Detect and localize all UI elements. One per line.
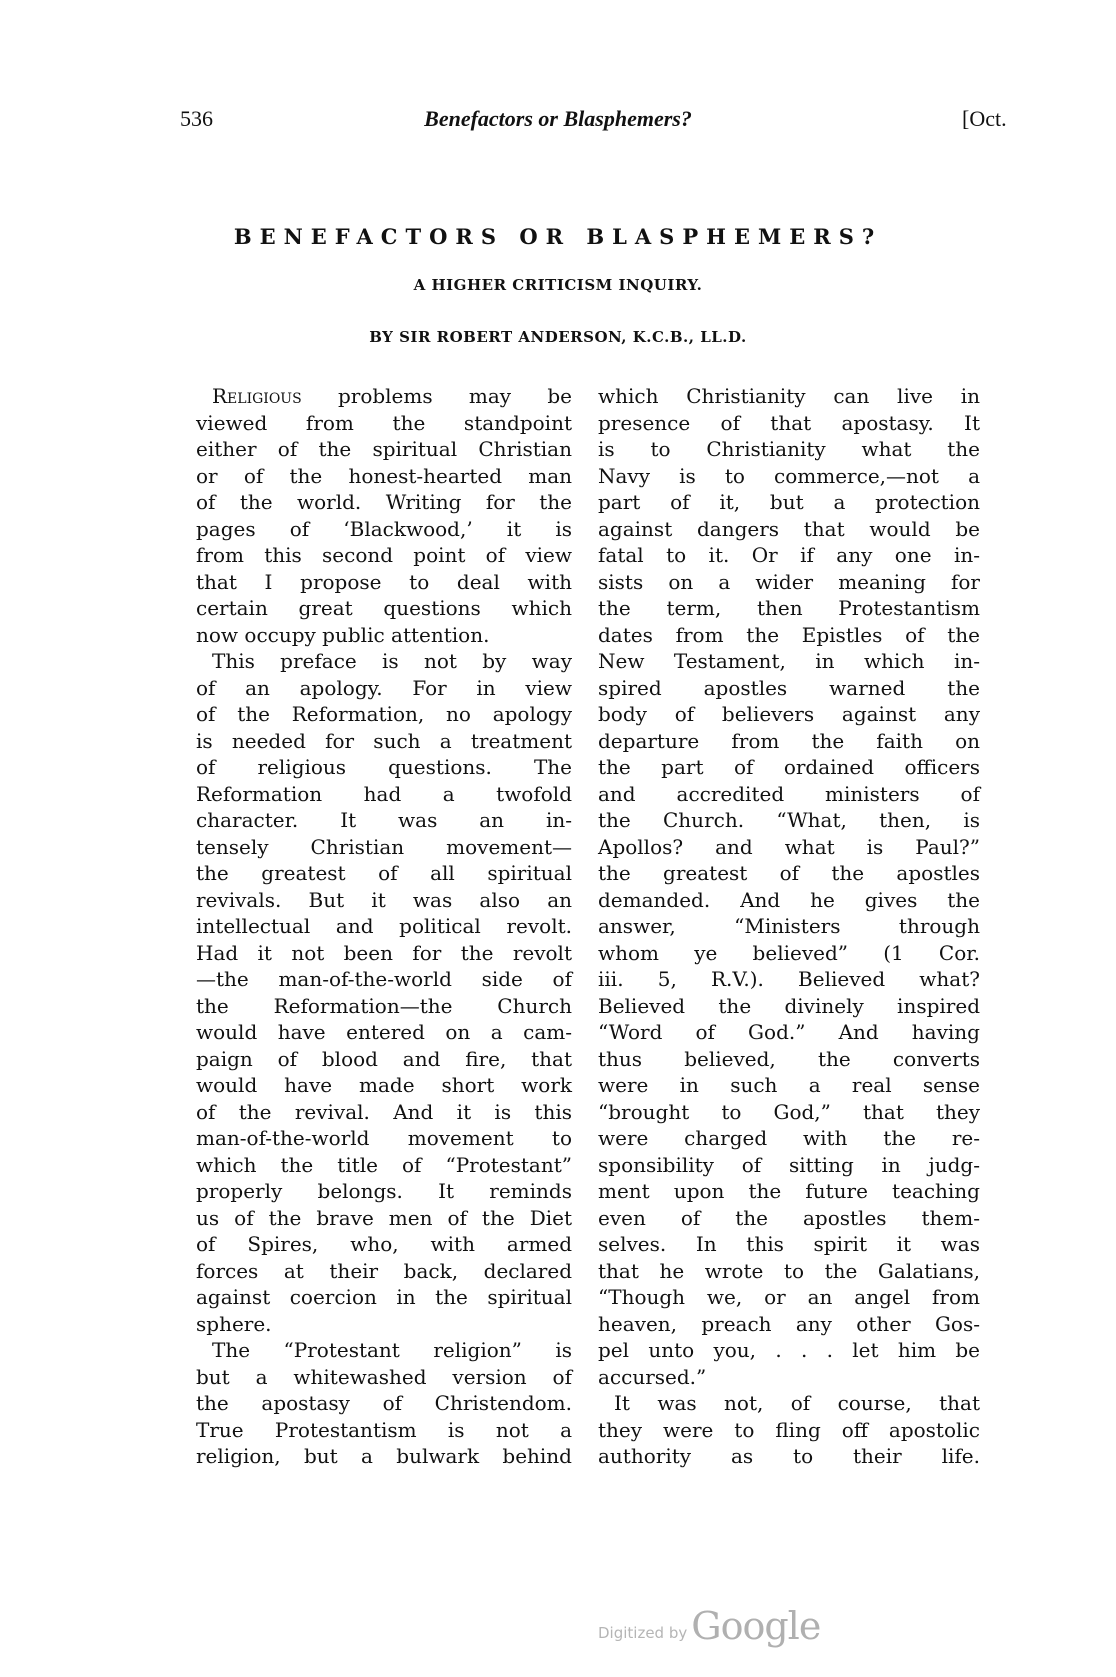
text-line: True Protestantism is not a bbox=[196, 1417, 572, 1444]
text-line: of religious questions. The bbox=[196, 754, 572, 781]
text-line: thus believed, the converts bbox=[598, 1046, 980, 1073]
drop-word: Religious bbox=[212, 384, 302, 408]
google-logo: Google bbox=[691, 1607, 820, 1645]
text-line: intellectual and political revolt. bbox=[196, 913, 572, 940]
text-line: of the Reformation, no apology bbox=[196, 701, 572, 728]
text-line: Believed the divinely inspired bbox=[598, 993, 980, 1020]
text-line: that he wrote to the Galatians, bbox=[598, 1258, 980, 1285]
text-line: the part of ordained officers bbox=[598, 754, 980, 781]
text-line: “Word of God.” And having bbox=[598, 1019, 980, 1046]
text-line: which the title of “Protestant” bbox=[196, 1152, 572, 1179]
text-line: Reformation had a twofold bbox=[196, 781, 572, 808]
text-line: sists on a wider meaning for bbox=[598, 569, 980, 596]
text-line: heaven, preach any other Gos- bbox=[598, 1311, 980, 1338]
text-line: but a whitewashed version of bbox=[196, 1364, 572, 1391]
text-line: tensely Christian movement— bbox=[196, 834, 572, 861]
text-line: of an apology. For in view bbox=[196, 675, 572, 702]
text-line: the term, then Protestantism bbox=[598, 595, 980, 622]
text-line: the Reformation—the Church bbox=[196, 993, 572, 1020]
text-line: iii. 5, R.V.). Believed what? bbox=[598, 966, 980, 993]
text-line: Navy is to commerce,—not a bbox=[598, 463, 980, 490]
left-column: Religious problems may be viewed from th… bbox=[196, 383, 572, 1470]
text-line: Apollos? and what is Paul?” bbox=[598, 834, 980, 861]
text-line: that I propose to deal with bbox=[196, 569, 572, 596]
text-line: paign of blood and fire, that bbox=[196, 1046, 572, 1073]
text-line: which Christianity can live in bbox=[598, 383, 980, 410]
text-line: of the world. Writing for the bbox=[196, 489, 572, 516]
text-line: whom ye believed” (1 Cor. bbox=[598, 940, 980, 967]
text-line: sponsibility of sitting in judg- bbox=[598, 1152, 980, 1179]
running-title: Benefactors or Blasphemers? bbox=[0, 106, 1116, 132]
text-line: were in such a real sense bbox=[598, 1072, 980, 1099]
text-line: is to Christianity what the bbox=[598, 436, 980, 463]
text-line: even of the apostles them- bbox=[598, 1205, 980, 1232]
text-line: It was not, of course, that bbox=[598, 1390, 980, 1417]
text-line: The “Protestant religion” is bbox=[196, 1337, 572, 1364]
text-line: pel unto you, . . . let him be bbox=[598, 1337, 980, 1364]
text-line: fatal to it. Or if any one in- bbox=[598, 542, 980, 569]
text-line: properly belongs. It reminds bbox=[196, 1178, 572, 1205]
text-line: the greatest of all spiritual bbox=[196, 860, 572, 887]
digitized-watermark: Digitized by Google bbox=[598, 1605, 820, 1645]
text-line: is needed for such a treatment bbox=[196, 728, 572, 755]
text-line: New Testament, in which in- bbox=[598, 648, 980, 675]
text-line: against dangers that would be bbox=[598, 516, 980, 543]
right-column: which Christianity can live in presence … bbox=[598, 383, 980, 1470]
text-line: religion, but a bulwark behind bbox=[196, 1443, 572, 1470]
digitized-by-label: Digitized by bbox=[598, 1624, 687, 1642]
text-line: pages of ‘Blackwood,’ it is bbox=[196, 516, 572, 543]
text-line: would have entered on a cam- bbox=[196, 1019, 572, 1046]
text-line: Had it not been for the revolt bbox=[196, 940, 572, 967]
text-line: man-of-the-world movement to bbox=[196, 1125, 572, 1152]
text-line: presence of that apostasy. It bbox=[598, 410, 980, 437]
text-line: revivals. But it was also an bbox=[196, 887, 572, 914]
text-line: the Church. “What, then, is bbox=[598, 807, 980, 834]
text-line: and accredited ministers of bbox=[598, 781, 980, 808]
text-line: “brought to God,” that they bbox=[598, 1099, 980, 1126]
text-line: from this second point of view bbox=[196, 542, 572, 569]
running-head: 536 Benefactors or Blasphemers? [Oct. bbox=[0, 106, 1116, 136]
text-line: ment upon the future teaching bbox=[598, 1178, 980, 1205]
text-line: authority as to their life. bbox=[598, 1443, 980, 1470]
text-line: character. It was an in- bbox=[196, 807, 572, 834]
text-line: now occupy public attention. bbox=[196, 622, 572, 649]
byline: BY SIR ROBERT ANDERSON, K.C.B., LL.D. bbox=[0, 328, 1116, 346]
text-line: either of the spiritual Christian bbox=[196, 436, 572, 463]
text-line: demanded. And he gives the bbox=[598, 887, 980, 914]
text-line: the greatest of the apostles bbox=[598, 860, 980, 887]
text-line: would have made short work bbox=[196, 1072, 572, 1099]
text-line: they were to fling off apostolic bbox=[598, 1417, 980, 1444]
text-line: viewed from the standpoint bbox=[196, 410, 572, 437]
text-line: of the revival. And it is this bbox=[196, 1099, 572, 1126]
text-line: Religious problems may be bbox=[196, 383, 572, 410]
text-line: answer, “Ministers through bbox=[598, 913, 980, 940]
text-line: certain great questions which bbox=[196, 595, 572, 622]
text-line: were charged with the re- bbox=[598, 1125, 980, 1152]
running-date: [Oct. bbox=[962, 106, 1007, 132]
text-line: part of it, but a protection bbox=[598, 489, 980, 516]
text-line: selves. In this spirit it was bbox=[598, 1231, 980, 1258]
text-line: accursed.” bbox=[598, 1364, 980, 1391]
text-line: body of believers against any bbox=[598, 701, 980, 728]
text-line: sphere. bbox=[196, 1311, 572, 1338]
text-line: or of the honest-hearted man bbox=[196, 463, 572, 490]
text-line: the apostasy of Christendom. bbox=[196, 1390, 572, 1417]
text-line: us of the brave men of the Diet bbox=[196, 1205, 572, 1232]
text-line: of Spires, who, with armed bbox=[196, 1231, 572, 1258]
text-line: spired apostles warned the bbox=[598, 675, 980, 702]
text-line: forces at their back, declared bbox=[196, 1258, 572, 1285]
text-line: dates from the Epistles of the bbox=[598, 622, 980, 649]
article-title: BENEFACTORS OR BLASPHEMERS? bbox=[0, 224, 1116, 249]
text-line: departure from the faith on bbox=[598, 728, 980, 755]
text-line: This preface is not by way bbox=[196, 648, 572, 675]
text-line: —the man-of-the-world side of bbox=[196, 966, 572, 993]
text-line: “Though we, or an angel from bbox=[598, 1284, 980, 1311]
article-subtitle: A HIGHER CRITICISM INQUIRY. bbox=[0, 276, 1116, 294]
text-line: against coercion in the spiritual bbox=[196, 1284, 572, 1311]
